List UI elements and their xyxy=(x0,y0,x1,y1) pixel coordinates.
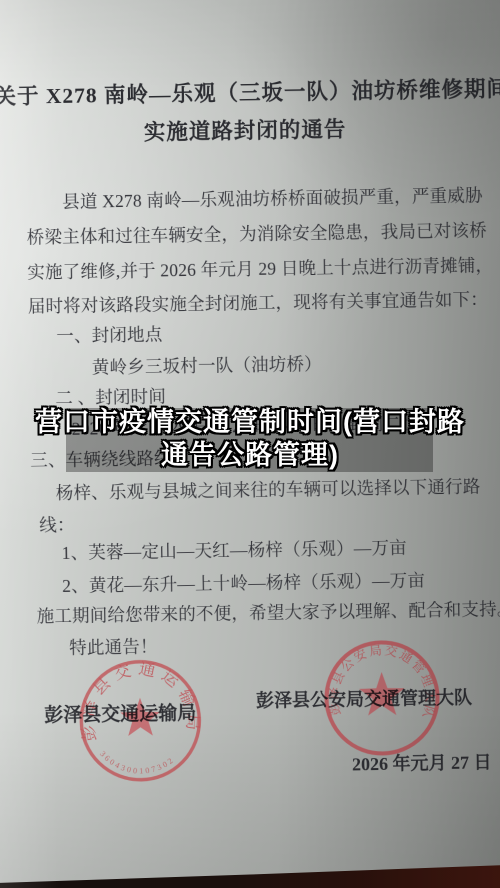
overlay-caption-line2: 通告公路管理) xyxy=(28,439,472,472)
document-photo: 关于 X278 南岭—乐观（三坂一队）油坊桥维修期间 实施道路封闭的通告 县道 … xyxy=(0,0,500,888)
notice-line: 线： xyxy=(39,512,75,538)
overlay-caption: 营口市疫情交通管制时间(营口封路 通告公路管理) xyxy=(28,406,472,472)
notice-title-line2: 实施道路封闭的通告 xyxy=(0,110,495,149)
notice-route-1: 1、芙蓉—定山—天红—杨梓（乐观）—万亩 xyxy=(61,535,407,565)
overlay-caption-line1: 营口市疫情交通管制时间(营口封路 xyxy=(28,406,472,439)
notice-line: 桥梁主体和过往车辆安全，为消除安全隐患，我局已对该桥 xyxy=(27,217,488,249)
official-seal-left-icon: 彭泽县交通运输局 3604300107302 xyxy=(64,650,216,798)
notice-line: 县道 X278 南岭—乐观油坊桥桥面破损严重，严重威胁 xyxy=(62,182,483,214)
notice-line: 实施了维修,并于 2026 年元月 29 日晚上十点进行沥青摊铺， xyxy=(27,252,493,284)
notice-line: 黄岭乡三坂村一队（油坊桥） xyxy=(92,351,322,380)
notice-title-line1: 关于 X278 南岭—乐观（三坂一队）油坊桥维修期间 xyxy=(0,72,495,111)
notice-line: 杨梓、乐观与县城之间来往的车辆可以选择以下通行路 xyxy=(56,473,481,505)
official-seal-right-icon: 彭泽县公安局交通管理大队 xyxy=(317,637,449,763)
notice-line: 届时将对该路段实施全封闭施工，现将有关事宜通告如下： xyxy=(28,286,489,318)
notice-section-1-heading: 一、封闭地点 xyxy=(56,321,163,348)
notice-route-2: 2、黄花—东升—上十岭—杨梓（乐观）—万亩 xyxy=(62,567,425,598)
seal-right-star-icon xyxy=(359,672,405,716)
notice-line: 施工期间给您带来的不便，希望大家予以理解、配合和支持。 xyxy=(36,596,500,629)
seal-left-star-icon xyxy=(120,697,161,736)
